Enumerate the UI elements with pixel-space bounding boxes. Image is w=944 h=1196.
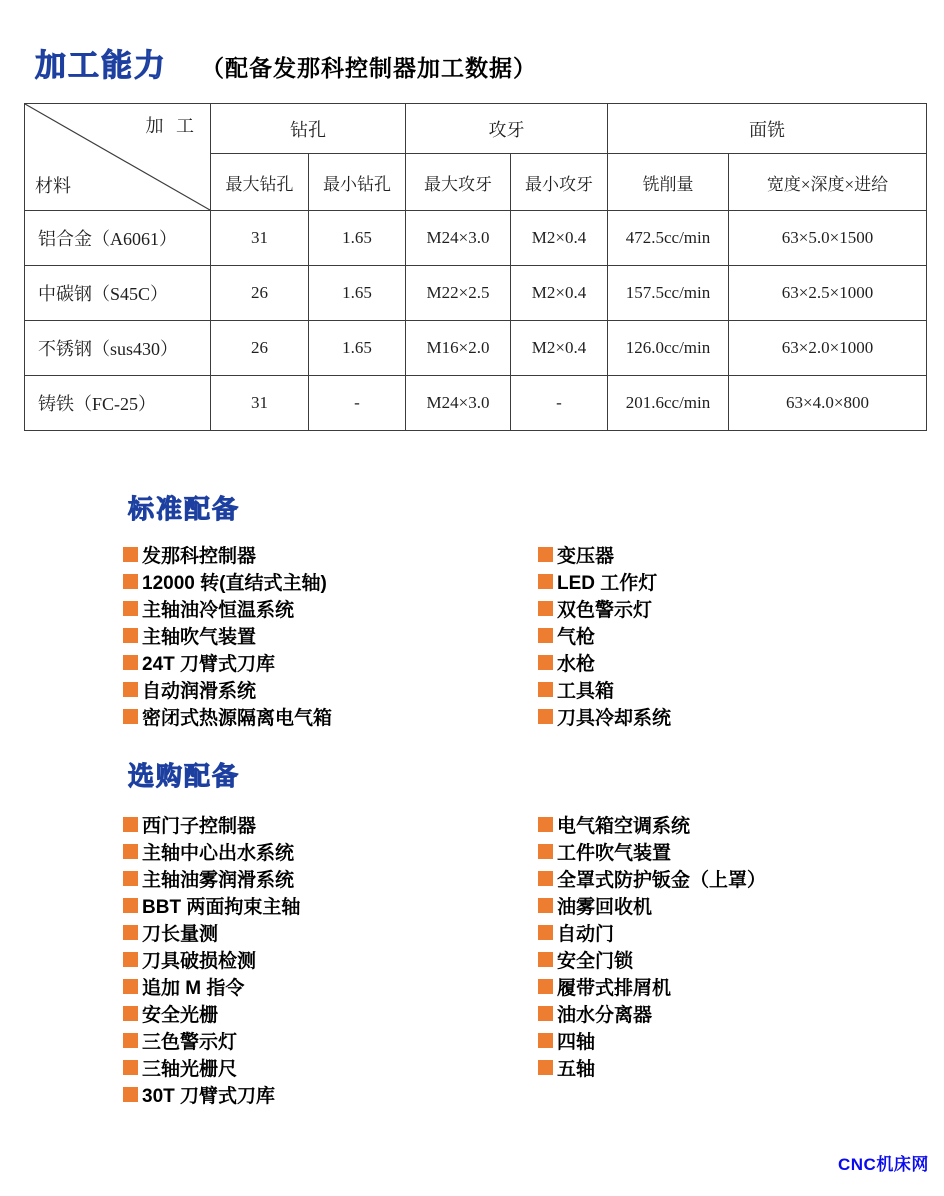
equipment-label: 全罩式防护钣金（上罩） — [557, 865, 766, 892]
cell-max-drill: 31 — [211, 376, 309, 431]
equipment-label: 安全门锁 — [557, 946, 633, 973]
list-item: 主轴吹气装置 — [123, 622, 332, 649]
cell-milling-volume: 157.5cc/min — [608, 266, 729, 321]
bullet-square-icon — [123, 844, 138, 859]
bullet-square-icon — [538, 925, 553, 940]
equipment-label: 刀具破损检测 — [142, 946, 256, 973]
equipment-label: 自动润滑系统 — [142, 676, 256, 703]
list-item: 自动润滑系统 — [123, 676, 332, 703]
list-item: BBT 两面拘束主轴 — [123, 892, 300, 919]
list-item: 工具箱 — [538, 676, 671, 703]
bullet-square-icon — [123, 1060, 138, 1075]
list-item: 主轴油冷恒温系统 — [123, 595, 332, 622]
equipment-label: 三轴光栅尺 — [142, 1054, 237, 1081]
optional-equipment-list-left: 西门子控制器主轴中心出水系统主轴油雾润滑系统BBT 两面拘束主轴刀长量测刀具破损… — [123, 811, 300, 1108]
bullet-square-icon — [538, 709, 553, 724]
cell-width-depth-feed: 63×2.0×1000 — [729, 321, 927, 376]
title-row: 加工能力 （配备发那科控制器加工数据） — [35, 40, 537, 85]
bullet-square-icon — [123, 871, 138, 886]
bullet-square-icon — [123, 1087, 138, 1102]
corner-label-material: 材料 — [35, 172, 71, 198]
page-title: 加工能力 — [35, 40, 167, 85]
equipment-label: 变压器 — [557, 541, 614, 568]
list-item: 水枪 — [538, 649, 671, 676]
list-item: 三色警示灯 — [123, 1027, 300, 1054]
page-subtitle: （配备发那科控制器加工数据） — [201, 50, 537, 83]
list-item: LED 工作灯 — [538, 568, 671, 595]
bullet-square-icon — [538, 1006, 553, 1021]
bullet-square-icon — [123, 547, 138, 562]
standard-equipment-heading: 标准配备 — [128, 489, 240, 526]
bullet-square-icon — [538, 655, 553, 670]
bullet-square-icon — [538, 1060, 553, 1075]
bullet-square-icon — [123, 628, 138, 643]
cell-max-drill: 31 — [211, 211, 309, 266]
list-item: 双色警示灯 — [538, 595, 671, 622]
equipment-label: 三色警示灯 — [142, 1027, 237, 1054]
equipment-label: 安全光栅 — [142, 1000, 218, 1027]
list-item: 刀具冷却系统 — [538, 703, 671, 730]
cell-max-drill: 26 — [211, 321, 309, 376]
material-name: 不锈钢（sus430） — [25, 321, 211, 376]
equipment-label: 30T 刀臂式刀库 — [142, 1081, 275, 1108]
bullet-square-icon — [538, 952, 553, 967]
equipment-label: 西门子控制器 — [142, 811, 256, 838]
list-item: 追加 M 指令 — [123, 973, 300, 1000]
material-name: 铝合金（A6061） — [25, 211, 211, 266]
document-page: 加工能力 （配备发那科控制器加工数据） 加 工 材料 钻孔 攻牙 面铣 最大钻孔… — [0, 0, 944, 1196]
list-item: 电气箱空调系统 — [538, 811, 766, 838]
material-name: 中碳钢（S45C） — [25, 266, 211, 321]
column-group-tapping: 攻牙 — [406, 104, 608, 154]
standard-equipment-list-right: 变压器LED 工作灯双色警示灯气枪水枪工具箱刀具冷却系统 — [538, 541, 671, 730]
bullet-square-icon — [538, 574, 553, 589]
cell-max-tap: M16×2.0 — [406, 321, 511, 376]
bullet-square-icon — [123, 925, 138, 940]
cell-min-drill: 1.65 — [309, 266, 406, 321]
cell-width-depth-feed: 63×2.5×1000 — [729, 266, 927, 321]
bullet-square-icon — [123, 709, 138, 724]
table-row: 不锈钢（sus430） 26 1.65 M16×2.0 M2×0.4 126.0… — [25, 321, 927, 376]
equipment-label: 自动门 — [557, 919, 614, 946]
column-header-max-drill: 最大钻孔 — [211, 154, 309, 211]
bullet-square-icon — [123, 979, 138, 994]
equipment-label: 四轴 — [557, 1027, 595, 1054]
cell-width-depth-feed: 63×4.0×800 — [729, 376, 927, 431]
bullet-square-icon — [538, 979, 553, 994]
equipment-label: 工件吹气装置 — [557, 838, 671, 865]
equipment-label: 24T 刀臂式刀库 — [142, 649, 275, 676]
list-item: 刀具破损检测 — [123, 946, 300, 973]
equipment-label: 主轴油冷恒温系统 — [142, 595, 294, 622]
list-item: 变压器 — [538, 541, 671, 568]
list-item: 发那科控制器 — [123, 541, 332, 568]
equipment-label: 双色警示灯 — [557, 595, 652, 622]
cell-min-tap: - — [511, 376, 608, 431]
cell-min-tap: M2×0.4 — [511, 321, 608, 376]
equipment-label: 12000 转(直结式主轴) — [142, 568, 327, 595]
list-item: 履带式排屑机 — [538, 973, 766, 1000]
equipment-label: 密闭式热源隔离电气箱 — [142, 703, 332, 730]
equipment-label: 油水分离器 — [557, 1000, 652, 1027]
bullet-square-icon — [538, 682, 553, 697]
cell-min-drill: - — [309, 376, 406, 431]
equipment-label: 发那科控制器 — [142, 541, 256, 568]
bullet-square-icon — [123, 898, 138, 913]
equipment-label: 主轴中心出水系统 — [142, 838, 294, 865]
list-item: 三轴光栅尺 — [123, 1054, 300, 1081]
equipment-label: 工具箱 — [557, 676, 614, 703]
equipment-label: 追加 M 指令 — [142, 973, 244, 1000]
bullet-square-icon — [123, 682, 138, 697]
cell-width-depth-feed: 63×5.0×1500 — [729, 211, 927, 266]
cell-milling-volume: 472.5cc/min — [608, 211, 729, 266]
list-item: 刀长量测 — [123, 919, 300, 946]
table-row: 中碳钢（S45C） 26 1.65 M22×2.5 M2×0.4 157.5cc… — [25, 266, 927, 321]
bullet-square-icon — [538, 844, 553, 859]
list-item: 西门子控制器 — [123, 811, 300, 838]
bullet-square-icon — [123, 952, 138, 967]
list-item: 全罩式防护钣金（上罩） — [538, 865, 766, 892]
list-item: 24T 刀臂式刀库 — [123, 649, 332, 676]
cell-min-tap: M2×0.4 — [511, 266, 608, 321]
bullet-square-icon — [123, 574, 138, 589]
optional-equipment-heading: 选购配备 — [128, 756, 240, 793]
list-item: 气枪 — [538, 622, 671, 649]
bullet-square-icon — [123, 817, 138, 832]
cell-max-tap: M24×3.0 — [406, 376, 511, 431]
column-header-width-depth-feed: 宽度×深度×进给 — [729, 154, 927, 211]
column-group-drilling: 钻孔 — [211, 104, 406, 154]
bullet-square-icon — [538, 871, 553, 886]
standard-equipment-list-left: 发那科控制器12000 转(直结式主轴)主轴油冷恒温系统主轴吹气装置24T 刀臂… — [123, 541, 332, 730]
bullet-square-icon — [538, 628, 553, 643]
bullet-square-icon — [538, 898, 553, 913]
equipment-label: 五轴 — [557, 1054, 595, 1081]
column-header-min-drill: 最小钻孔 — [309, 154, 406, 211]
equipment-label: 电气箱空调系统 — [557, 811, 690, 838]
list-item: 自动门 — [538, 919, 766, 946]
bullet-square-icon — [123, 1006, 138, 1021]
corner-label-processing: 加 工 — [146, 112, 199, 138]
cell-max-drill: 26 — [211, 266, 309, 321]
column-header-min-tap: 最小攻牙 — [511, 154, 608, 211]
cell-max-tap: M22×2.5 — [406, 266, 511, 321]
list-item: 安全门锁 — [538, 946, 766, 973]
table-row: 铝合金（A6061） 31 1.65 M24×3.0 M2×0.4 472.5c… — [25, 211, 927, 266]
equipment-label: LED 工作灯 — [557, 568, 657, 595]
equipment-label: 气枪 — [557, 622, 595, 649]
list-item: 四轴 — [538, 1027, 766, 1054]
column-header-milling-volume: 铣削量 — [608, 154, 729, 211]
list-item: 工件吹气装置 — [538, 838, 766, 865]
list-item: 油雾回收机 — [538, 892, 766, 919]
bullet-square-icon — [538, 601, 553, 616]
list-item: 安全光栅 — [123, 1000, 300, 1027]
bullet-square-icon — [538, 1033, 553, 1048]
list-item: 五轴 — [538, 1054, 766, 1081]
list-item: 油水分离器 — [538, 1000, 766, 1027]
bullet-square-icon — [538, 547, 553, 562]
cell-min-drill: 1.65 — [309, 211, 406, 266]
table-row: 铸铁（FC-25） 31 - M24×3.0 - 201.6cc/min 63×… — [25, 376, 927, 431]
list-item: 12000 转(直结式主轴) — [123, 568, 332, 595]
table-corner-cell: 加 工 材料 — [25, 104, 211, 211]
bullet-square-icon — [123, 655, 138, 670]
equipment-label: 履带式排屑机 — [557, 973, 671, 1000]
cell-milling-volume: 126.0cc/min — [608, 321, 729, 376]
cell-max-tap: M24×3.0 — [406, 211, 511, 266]
equipment-label: 主轴油雾润滑系统 — [142, 865, 294, 892]
optional-equipment-list-right: 电气箱空调系统工件吹气装置全罩式防护钣金（上罩）油雾回收机自动门安全门锁履带式排… — [538, 811, 766, 1081]
material-name: 铸铁（FC-25） — [25, 376, 211, 431]
equipment-label: BBT 两面拘束主轴 — [142, 892, 300, 919]
equipment-label: 刀长量测 — [142, 919, 218, 946]
list-item: 主轴油雾润滑系统 — [123, 865, 300, 892]
equipment-label: 刀具冷却系统 — [557, 703, 671, 730]
list-item: 主轴中心出水系统 — [123, 838, 300, 865]
column-group-face-milling: 面铣 — [608, 104, 927, 154]
bullet-square-icon — [123, 601, 138, 616]
bullet-square-icon — [538, 817, 553, 832]
equipment-label: 主轴吹气装置 — [142, 622, 256, 649]
cell-min-tap: M2×0.4 — [511, 211, 608, 266]
equipment-label: 水枪 — [557, 649, 595, 676]
bullet-square-icon — [123, 1033, 138, 1048]
column-header-max-tap: 最大攻牙 — [406, 154, 511, 211]
cell-min-drill: 1.65 — [309, 321, 406, 376]
machining-capability-table: 加 工 材料 钻孔 攻牙 面铣 最大钻孔 最小钻孔 最大攻牙 最小攻牙 铣削量 … — [24, 103, 927, 431]
list-item: 30T 刀臂式刀库 — [123, 1081, 300, 1108]
equipment-label: 油雾回收机 — [557, 892, 652, 919]
cell-milling-volume: 201.6cc/min — [608, 376, 729, 431]
list-item: 密闭式热源隔离电气箱 — [123, 703, 332, 730]
site-watermark: CNC机床网 — [838, 1150, 929, 1175]
